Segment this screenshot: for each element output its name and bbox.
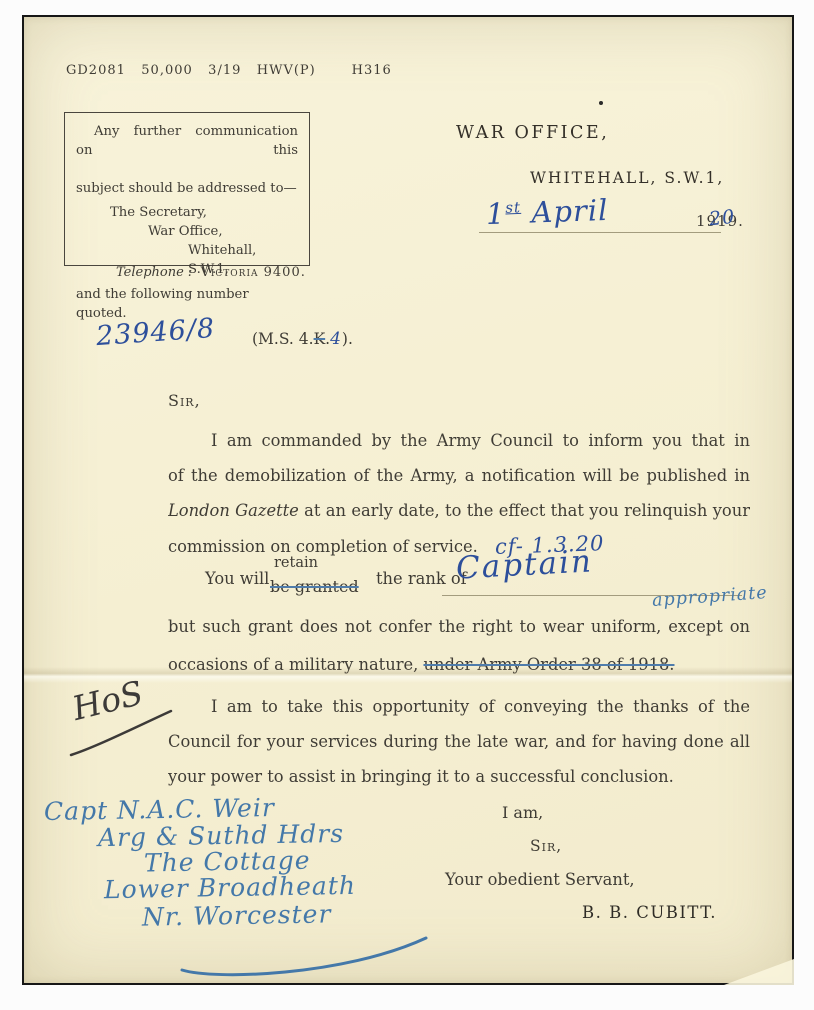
paragraph-1: I am commanded by the Army Council to in… [168,423,750,563]
para3-line2: Council for your services during the lat… [168,724,750,759]
paragraph-3: I am to take this opportunity of conveyi… [168,689,750,794]
rank-option-kept: retain [274,555,318,571]
para1-line3-rest: at an early date, to the effect that you… [299,501,750,520]
box-address-line2: War Office, [148,222,298,241]
ms-code-struck-letter: K [314,330,326,348]
war-office-heading: WAR OFFICE, [456,123,609,143]
ms-code-inserted: 4 [330,329,342,349]
date-month: April [521,193,609,230]
appropriate-insertion: appropriate [651,583,768,611]
initials-flourish [66,709,176,759]
para1-line1: I am commanded by the Army Council to in… [168,423,750,458]
rank-of-label: the rank of [376,569,467,588]
scanned-letter: GD2081 50,000 3/19 HWV(P) H316 Any furth… [0,0,814,1010]
telephone-label: Telephone : [116,265,192,280]
you-will-label: You will [205,569,269,588]
letter-paper: GD2081 50,000 3/19 HWV(P) H316 Any furth… [22,15,794,985]
telephone-line: Telephone : Victoria 9400. [116,265,306,280]
year-printed: 1919. 20 [696,212,744,230]
salutation: Sir, [168,391,201,410]
para1-line2: of the demobilization of the Army, a not… [168,458,750,493]
telephone-value: Victoria 9400. [200,265,305,280]
corner-crease [724,959,794,985]
box-address-line1: The Secretary, [110,203,298,222]
para3-line3: your power to assist in bringing it to a… [168,759,750,794]
date-underline [479,232,721,233]
box-intro-line2: subject should be addressed to— [76,179,298,198]
recipient-line-5: Nr. Worcester [142,899,332,931]
para1-line4-text: commission on completion of service. [168,537,478,556]
year-overwrite: 20 [708,206,736,231]
date-ordinal: st [505,198,521,217]
closing-servant: Your obedient Servant, [445,870,635,889]
ms-code-suffix: ). [342,330,353,348]
closing-sir: Sir, [530,837,562,855]
rank-handwritten: Captain [455,543,594,586]
box-intro-line1: Any further communication on this [76,122,298,179]
date-handwritten: 1st April [485,193,608,231]
para1-line3: London Gazette at an early date, to the … [168,493,750,528]
ms-code: (M.S. 4.K.4). [252,329,353,349]
date-day: 1 [485,196,506,231]
correspondence-box: Any further communication on this subjec… [64,112,310,266]
paragraph-2-line2: but such grant does not confer the right… [168,609,750,644]
signature-name: B. B. CUBITT. [582,903,717,922]
ink-dot [599,101,603,105]
printer-code: GD2081 50,000 3/19 HWV(P) H316 [66,63,392,78]
whitehall-heading: WHITEHALL, S.W.1, [530,169,724,187]
para2-line2-text: but such grant does not confer the right… [168,617,750,636]
ms-code-prefix: (M.S. 4. [252,330,314,348]
address-flourish [174,932,434,980]
rank-option-struck: be granted [270,577,359,596]
para2-line2-inner: but such grant does not confer the right… [168,609,750,644]
london-gazette-italic: London Gazette [168,501,299,520]
para3-line1: I am to take this opportunity of conveyi… [168,689,750,724]
closing-i-am: I am, [502,803,543,822]
